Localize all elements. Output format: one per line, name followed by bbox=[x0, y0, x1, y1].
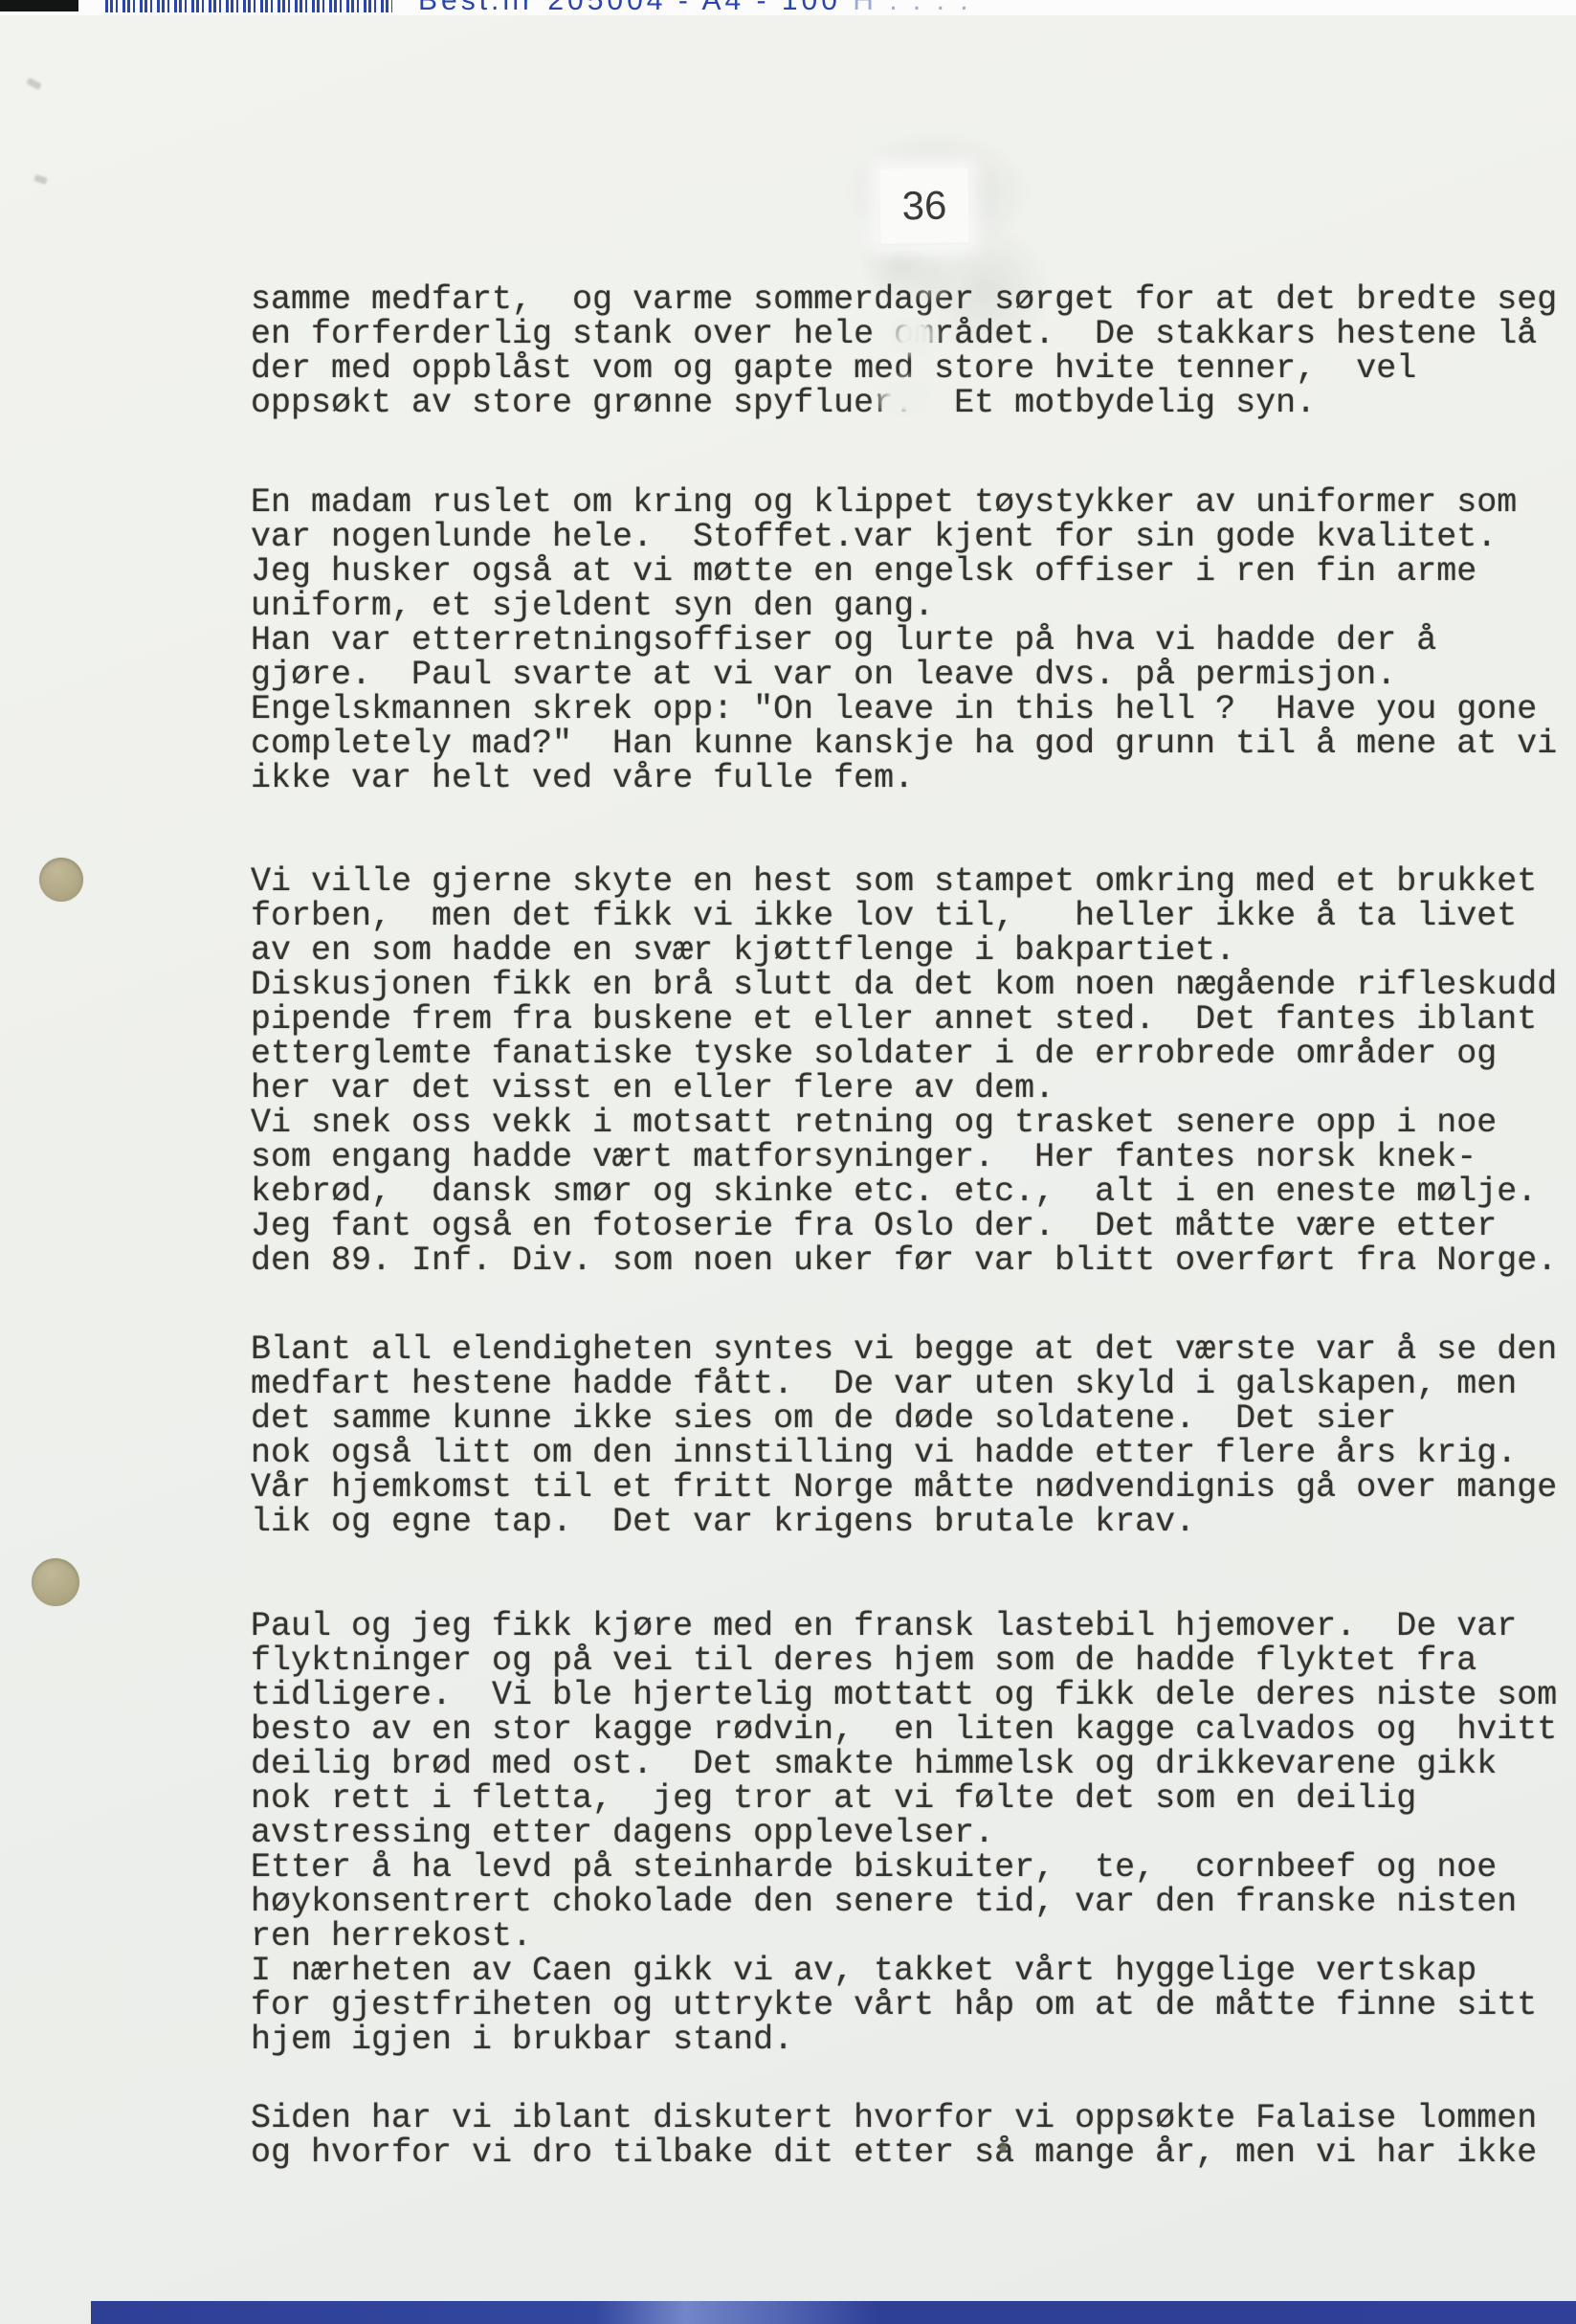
text-line: det samme kunne ikke sies om de døde sol… bbox=[251, 1401, 1557, 1436]
text-line: Han var etterretningsoffiser og lurte på… bbox=[251, 623, 1557, 658]
text-line: kebrød, dansk smør og skinke etc. etc., … bbox=[251, 1174, 1557, 1209]
text-line: Blant all elendigheten syntes vi begge a… bbox=[251, 1332, 1557, 1367]
text-line: som engang hadde vært matforsyninger. He… bbox=[251, 1140, 1557, 1174]
text-line: Vi snek oss vekk i motsatt retning og tr… bbox=[251, 1106, 1557, 1140]
text-line: var nogenlunde hele. Stoffet.var kjent f… bbox=[251, 520, 1557, 554]
text-line: lik og egne tap. Det var krigens brutale… bbox=[251, 1505, 1557, 1539]
text-line: tidligere. Vi ble hjertelig mottatt og f… bbox=[251, 1678, 1557, 1712]
hole-punch-bottom bbox=[32, 1558, 79, 1606]
text-line: nok rett i fletta, jeg tror at vi følte … bbox=[251, 1781, 1557, 1816]
text-line: en forferderlig stank over hele området.… bbox=[251, 317, 1557, 351]
paragraph: Vi ville gjerne skyte en hest som stampe… bbox=[251, 864, 1557, 1278]
text-line: etterglemte fanatiske tyske soldater i d… bbox=[251, 1037, 1557, 1071]
text-line: deilig brød med ost. Det smakte himmelsk… bbox=[251, 1747, 1557, 1781]
text-line: Etter å ha levd på steinharde biskuiter,… bbox=[251, 1850, 1557, 1885]
text-line: avstressing etter dagens opplevelser. bbox=[251, 1816, 1557, 1850]
paragraph: Siden har vi iblant diskutert hvorfor vi… bbox=[251, 2101, 1537, 2170]
text-line: Siden har vi iblant diskutert hvorfor vi… bbox=[251, 2101, 1537, 2135]
text-line: gjøre. Paul svarte at vi var on leave dv… bbox=[251, 658, 1557, 692]
paragraph: Blant all elendigheten syntes vi begge a… bbox=[251, 1332, 1557, 1539]
paragraph: Paul og jeg fikk kjøre med en fransk las… bbox=[251, 1609, 1557, 2057]
paragraph: samme medfart, og varme sommerdager sørg… bbox=[251, 282, 1557, 420]
text-line: En madam ruslet om kring og klippet tøys… bbox=[251, 485, 1557, 520]
staple-mark bbox=[26, 78, 42, 90]
cover-black-corner bbox=[0, 0, 78, 11]
text-line: Jeg husker også at vi møtte en engelsk o… bbox=[251, 554, 1557, 589]
staple-mark bbox=[33, 174, 48, 185]
ink-speck bbox=[999, 2142, 1007, 2153]
text-line: høykonsentrert chokolade den senere tid,… bbox=[251, 1885, 1557, 1919]
text-line: ren herrekost. bbox=[251, 1919, 1557, 1954]
text-line: forben, men det fikk vi ikke lov til, he… bbox=[251, 899, 1557, 933]
text-line: Paul og jeg fikk kjøre med en fransk las… bbox=[251, 1609, 1557, 1643]
notebook-cover-bottom-edge bbox=[91, 2301, 1576, 2324]
text-line: og hvorfor vi dro tilbake dit etter så m… bbox=[251, 2135, 1537, 2170]
hole-punch-top bbox=[39, 858, 83, 902]
text-line: Diskusjonen fikk en brå slutt da det kom… bbox=[251, 968, 1557, 1002]
scanned-document-page: Best.nr 205004 - A4 - 100 H . . . . 36 s… bbox=[0, 0, 1576, 2324]
text-line: der med oppblåst vom og gapte med store … bbox=[251, 351, 1557, 386]
text-line: flyktninger og på vei til deres hjem som… bbox=[251, 1643, 1557, 1678]
text-line: uniform, et sjeldent syn den gang. bbox=[251, 589, 1557, 623]
text-line: her var det visst en eller flere av dem. bbox=[251, 1071, 1557, 1106]
text-line: Jeg fant også en fotoserie fra Oslo der.… bbox=[251, 1209, 1557, 1243]
text-line: Vår hjemkomst til et fritt Norge måtte n… bbox=[251, 1470, 1557, 1505]
text-line: completely mad?" Han kunne kanskje ha go… bbox=[251, 726, 1557, 761]
paragraph: En madam ruslet om kring og klippet tøys… bbox=[251, 485, 1557, 795]
text-line: Vi ville gjerne skyte en hest som stampe… bbox=[251, 864, 1557, 899]
text-line: for gjestfriheten og uttrykte vårt håp o… bbox=[251, 1988, 1557, 2022]
text-line: besto av en stor kagge rødvin, en liten … bbox=[251, 1712, 1557, 1747]
text-line: ikke var helt ved våre fulle fem. bbox=[251, 761, 1557, 795]
text-line: nok også litt om den innstilling vi hadd… bbox=[251, 1436, 1557, 1470]
text-line: I nærheten av Caen gikk vi av, takket vå… bbox=[251, 1954, 1557, 1988]
text-line: medfart hestene hadde fått. De var uten … bbox=[251, 1367, 1557, 1401]
text-line: hjem igjen i brukbar stand. bbox=[251, 2022, 1557, 2057]
text-line: Engelskmannen skrek opp: "On leave in th… bbox=[251, 692, 1557, 726]
document-text: samme medfart, og varme sommerdager sørg… bbox=[251, 0, 1576, 2324]
text-line: pipende frem fra buskene et eller annet … bbox=[251, 1002, 1557, 1037]
text-line: den 89. Inf. Div. som noen uker før var … bbox=[251, 1243, 1557, 1278]
text-line: oppsøkt av store grønne spyfluer. Et mot… bbox=[251, 386, 1557, 420]
text-line: av en som hadde en svær kjøttflenge i ba… bbox=[251, 933, 1557, 968]
text-line: samme medfart, og varme sommerdager sørg… bbox=[251, 282, 1557, 317]
